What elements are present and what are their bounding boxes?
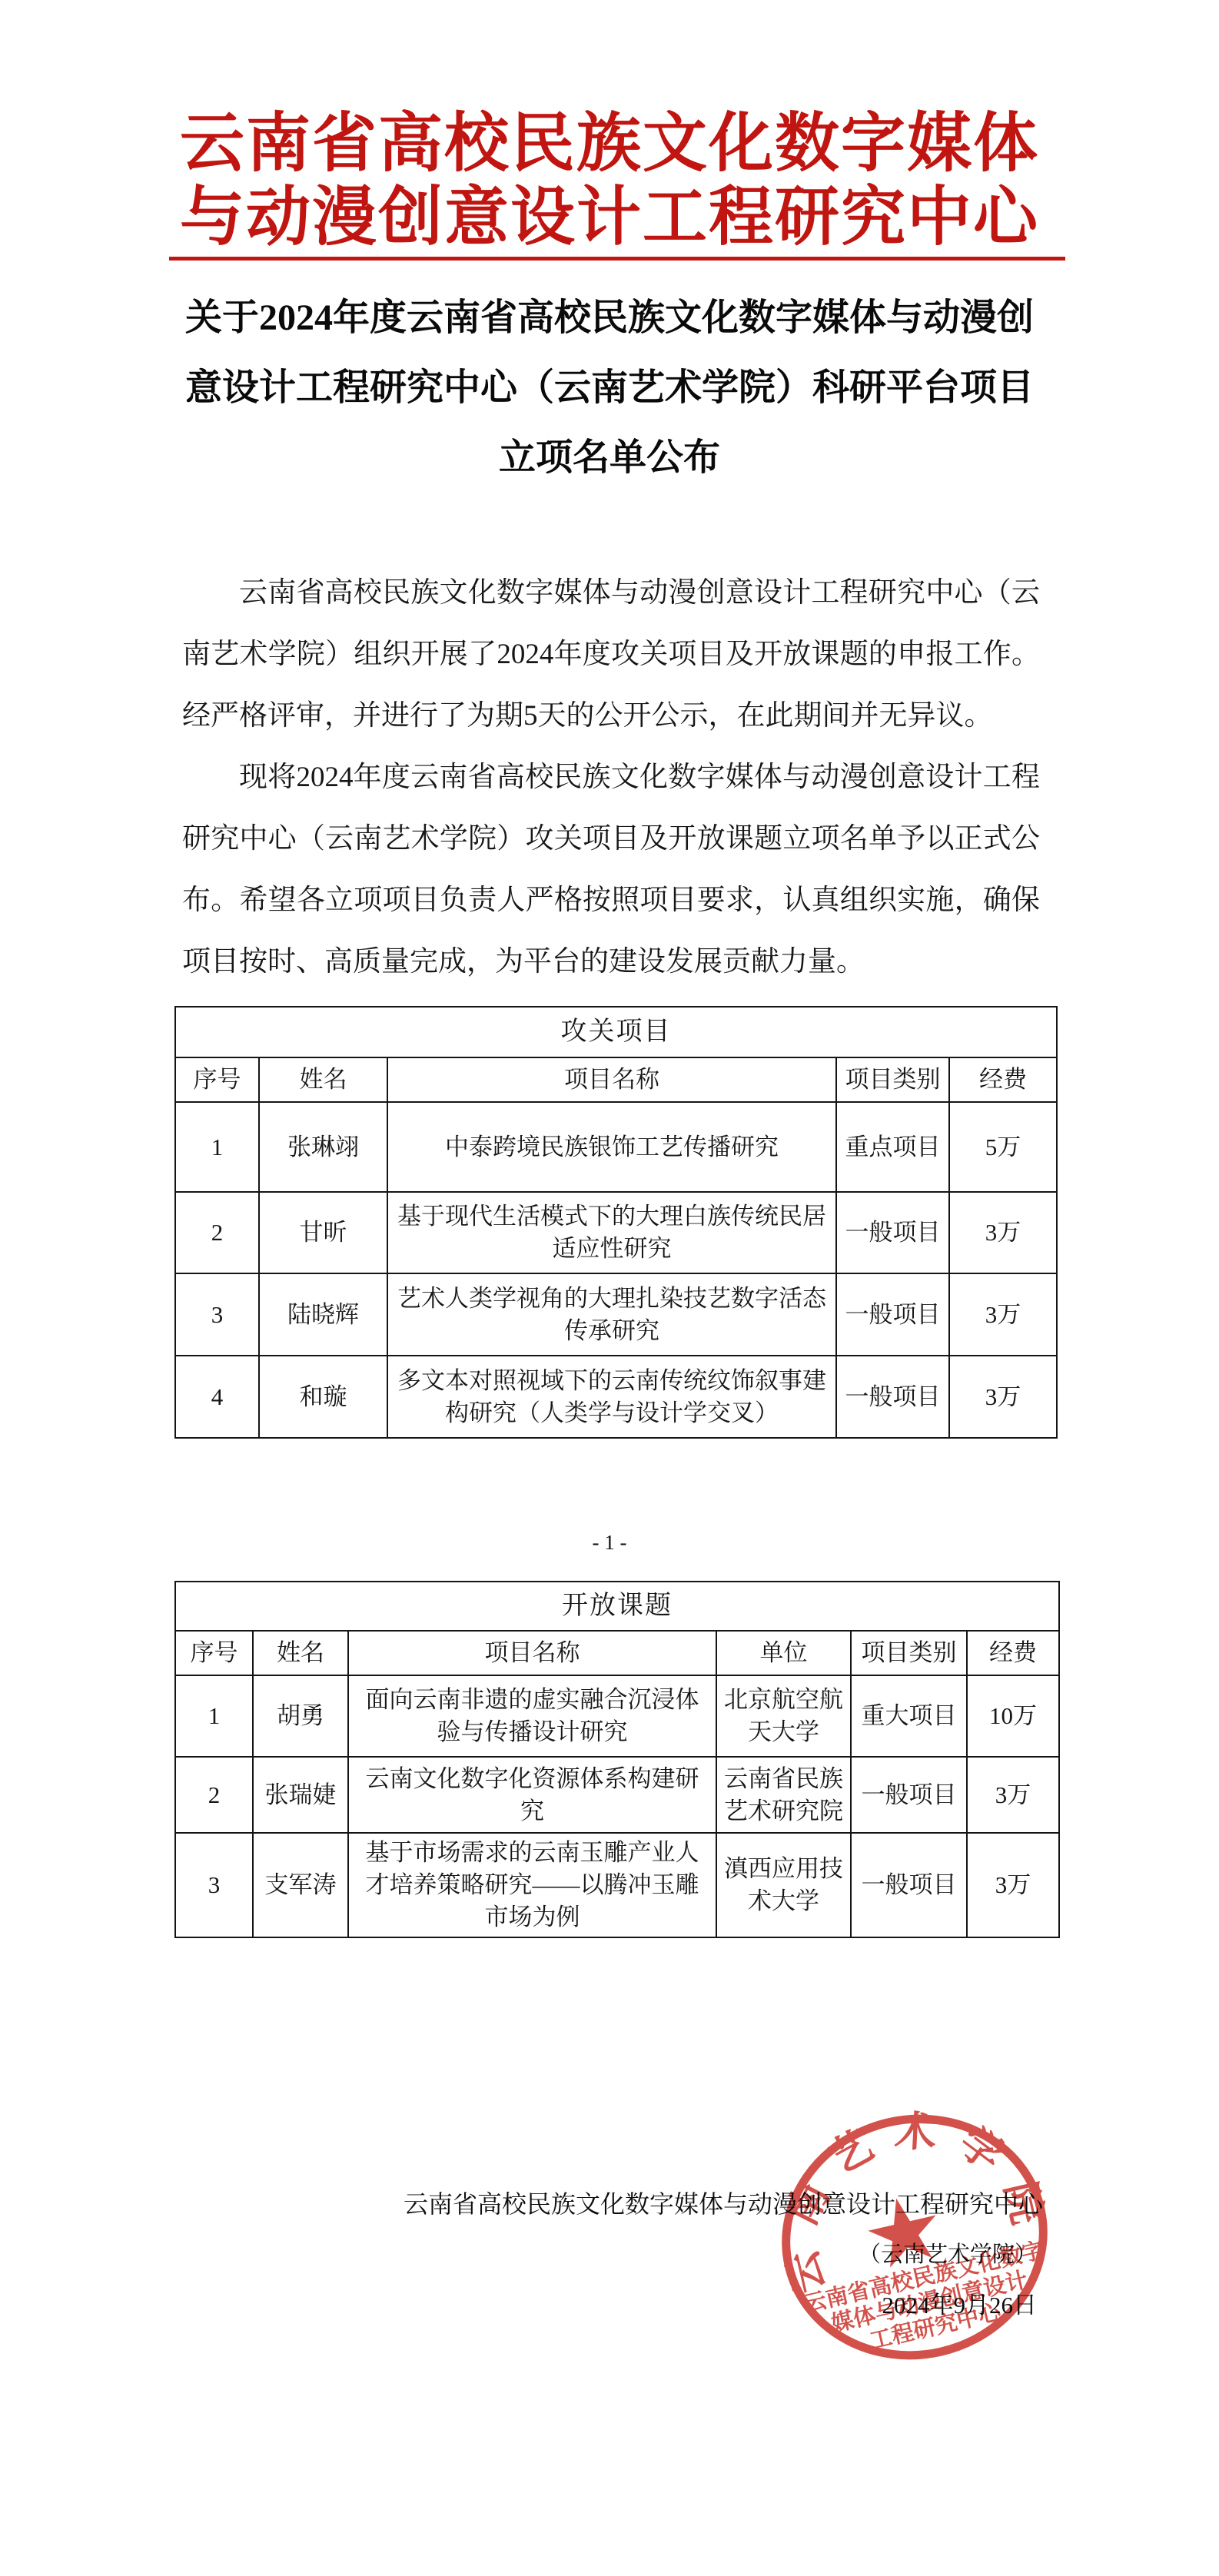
column-header: 经费 [949, 1057, 1057, 1102]
table-cell: 中泰跨境民族银饰工艺传播研究 [387, 1102, 836, 1192]
table-cell: 重大项目 [851, 1675, 967, 1757]
table-cell: 一般项目 [851, 1757, 967, 1833]
column-header: 姓名 [253, 1631, 348, 1675]
document-page: 云南省高校民族文化数字媒体与动漫创意设计工程研究中心 关于2024年度云南省高校… [0, 0, 1219, 2576]
table-cell: 10万 [967, 1675, 1059, 1757]
table-cell: 云南省民族艺术研究院 [716, 1757, 851, 1833]
key-projects-table: 攻关项目序号姓名项目名称项目类别经费1张琳翊中泰跨境民族银饰工艺传播研究重点项目… [174, 1006, 1058, 1439]
table-cell: 5万 [949, 1102, 1057, 1192]
paragraph-announcement: 现将2024年度云南省高校民族文化数字媒体与动漫创意设计工程研究中心（云南艺术学… [182, 747, 1040, 993]
table-cell: 3 [175, 1273, 259, 1356]
column-header: 单位 [716, 1631, 851, 1675]
table-cell: 3万 [967, 1757, 1059, 1833]
column-header: 序号 [175, 1631, 253, 1675]
subtitle-line-2: 意设计工程研究中心（云南艺术学院）科研平台项目 [91, 353, 1128, 423]
open-topics-table: 开放课题序号姓名项目名称单位项目类别经费1胡勇面向云南非遗的虚实融合沉浸体验与传… [174, 1581, 1060, 1938]
table-cell: 张瑞婕 [253, 1757, 348, 1833]
document-subtitle: 关于2024年度云南省高校民族文化数字媒体与动漫创 意设计工程研究中心（云南艺术… [91, 283, 1128, 493]
signature-org: 云南省高校民族文化数字媒体与动漫创意设计工程研究中心 [182, 2189, 1043, 2219]
page-title-line-2: 与动漫创意设计工程研究中心 [180, 182, 1039, 254]
table-cell: 胡勇 [253, 1675, 348, 1757]
table-cell: 一般项目 [836, 1192, 949, 1273]
table-title: 开放课题 [175, 1582, 1059, 1631]
table-cell: 云南文化数字化资源体系构建研究 [348, 1757, 716, 1833]
page-number: - 1 - [0, 1531, 1219, 1555]
table-row: 3陆晓辉艺术人类学视角的大理扎染技艺数字活态传承研究一般项目3万 [175, 1273, 1057, 1356]
table-row: 序号姓名项目名称单位项目类别经费 [175, 1631, 1059, 1675]
page-title: 云南省高校民族文化数字媒体与动漫创意设计工程研究中心 [0, 108, 1219, 255]
signature-school: （云南艺术学院） [182, 2241, 1037, 2269]
red-divider-rule [169, 257, 1065, 261]
column-header: 姓名 [259, 1057, 387, 1102]
table-cell: 甘昕 [259, 1192, 387, 1273]
table-cell: 重点项目 [836, 1102, 949, 1192]
table-row: 序号姓名项目名称项目类别经费 [175, 1057, 1057, 1102]
table-cell: 艺术人类学视角的大理扎染技艺数字活态传承研究 [387, 1273, 836, 1356]
paragraph-review-process: 云南省高校民族文化数字媒体与动漫创意设计工程研究中心（云南艺术学院）组织开展了2… [182, 563, 1040, 747]
column-header: 项目名称 [348, 1631, 716, 1675]
table-row: 4和璇多文本对照视域下的云南传统纹饰叙事建构研究（人类学与设计学交叉）一般项目3… [175, 1356, 1057, 1438]
signature-block: 云南省高校民族文化数字媒体与动漫创意设计工程研究中心 （云南艺术学院） 2024… [182, 2189, 1043, 2319]
table-cell: 面向云南非遗的虚实融合沉浸体验与传播设计研究 [348, 1675, 716, 1757]
table-cell: 和璇 [259, 1356, 387, 1438]
table-cell: 滇西应用技术大学 [716, 1833, 851, 1937]
table-cell: 一般项目 [836, 1356, 949, 1438]
column-header: 序号 [175, 1057, 259, 1102]
table-cell: 3万 [949, 1192, 1057, 1273]
table-row: 2甘昕基于现代生活模式下的大理白族传统民居适应性研究一般项目3万 [175, 1192, 1057, 1273]
signature-date: 2024年9月26日 [182, 2292, 1037, 2319]
page-title-line-1: 云南省高校民族文化数字媒体 [180, 108, 1039, 180]
table-row: 攻关项目 [175, 1007, 1057, 1057]
table-cell: 基于现代生活模式下的大理白族传统民居适应性研究 [387, 1192, 836, 1273]
table-cell: 2 [175, 1757, 253, 1833]
table-row: 1胡勇面向云南非遗的虚实融合沉浸体验与传播设计研究北京航空航天大学重大项目10万 [175, 1675, 1059, 1757]
table-cell: 多文本对照视域下的云南传统纹饰叙事建构研究（人类学与设计学交叉） [387, 1356, 836, 1438]
table-cell: 3万 [967, 1833, 1059, 1937]
table-row: 3支军涛基于市场需求的云南玉雕产业人才培养策略研究——以腾冲玉雕市场为例滇西应用… [175, 1833, 1059, 1937]
table-cell: 2 [175, 1192, 259, 1273]
table-cell: 一般项目 [836, 1273, 949, 1356]
subtitle-line-1: 关于2024年度云南省高校民族文化数字媒体与动漫创 [91, 283, 1128, 353]
table-cell: 1 [175, 1102, 259, 1192]
table-row: 1张琳翊中泰跨境民族银饰工艺传播研究重点项目5万 [175, 1102, 1057, 1192]
table-cell: 3万 [949, 1273, 1057, 1356]
table-cell: 一般项目 [851, 1833, 967, 1937]
table-row: 开放课题 [175, 1582, 1059, 1631]
table-cell: 基于市场需求的云南玉雕产业人才培养策略研究——以腾冲玉雕市场为例 [348, 1833, 716, 1937]
table-cell: 3万 [949, 1356, 1057, 1438]
table-cell: 4 [175, 1356, 259, 1438]
table-cell: 1 [175, 1675, 253, 1757]
table-cell: 张琳翊 [259, 1102, 387, 1192]
column-header: 项目类别 [851, 1631, 967, 1675]
table-cell: 北京航空航天大学 [716, 1675, 851, 1757]
column-header: 项目类别 [836, 1057, 949, 1102]
column-header: 经费 [967, 1631, 1059, 1675]
table-cell: 陆晓辉 [259, 1273, 387, 1356]
table-cell: 3 [175, 1833, 253, 1937]
table-title: 攻关项目 [175, 1007, 1057, 1057]
subtitle-line-3: 立项名单公布 [91, 423, 1128, 493]
column-header: 项目名称 [387, 1057, 836, 1102]
table-cell: 支军涛 [253, 1833, 348, 1937]
table-row: 2张瑞婕云南文化数字化资源体系构建研究云南省民族艺术研究院一般项目3万 [175, 1757, 1059, 1833]
